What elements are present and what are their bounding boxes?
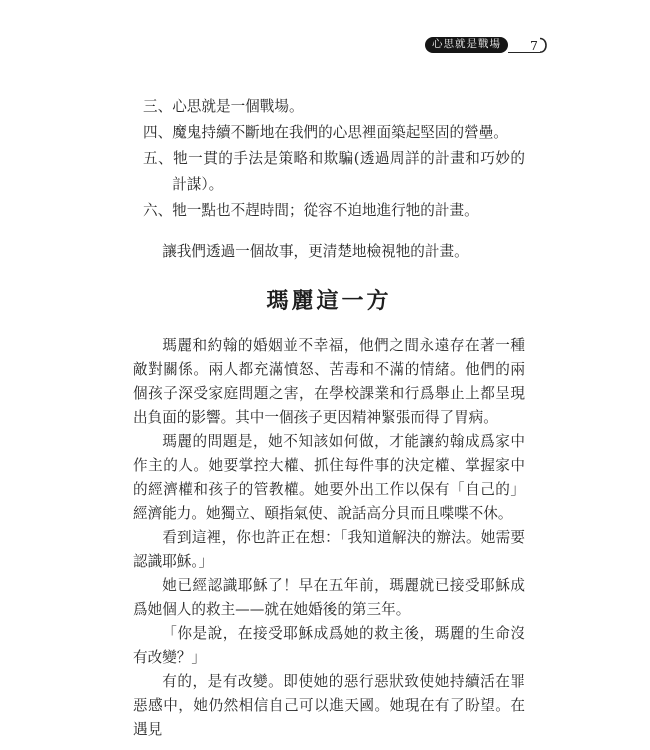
text-column: 三、心思就是一個戰場。 四、魔鬼持續不斷地在我們的心思裡面築起堅固的營壘。 五、… — [133, 94, 525, 742]
list-item-marker: 六、 — [143, 202, 172, 219]
list-item: 三、心思就是一個戰場。 — [143, 94, 525, 120]
running-header: 心思就是戰場 7 — [425, 36, 550, 53]
body-paragraph: 瑪麗的問題是，她不知該如何做，才能讓約翰成爲家中作主的人。她要掌控大權、抓住每件… — [133, 430, 525, 526]
body-paragraph: 有的，是有改變。即使她的惡行惡狀致使她持續活在罪惡感中，她仍然相信自己可以進天國… — [133, 670, 525, 742]
tab-curve-icon — [540, 37, 550, 53]
list-item-text: 心思就是一個戰場。 — [172, 98, 303, 115]
numbered-list: 三、心思就是一個戰場。 四、魔鬼持續不斷地在我們的心思裡面築起堅固的營壘。 五、… — [143, 94, 525, 224]
list-item: 六、牠一點也不趕時間；從容不迫地進行牠的計畫。 — [143, 198, 525, 224]
list-item-text: 魔鬼持續不斷地在我們的心思裡面築起堅固的營壘。 — [172, 124, 508, 141]
page-number-tab: 7 — [508, 36, 540, 53]
intro-paragraph: 讓我們透過一個故事，更清楚地檢視牠的計畫。 — [133, 240, 525, 264]
body-paragraph: 她已經認識耶穌了！早在五年前，瑪麗就已接受耶穌成爲她個人的救主——就在她婚後的第… — [133, 574, 525, 622]
list-item-marker: 四、 — [143, 124, 172, 141]
list-item-text: 牠一點也不趕時間；從容不迫地進行牠的計畫。 — [172, 202, 478, 219]
list-item: 四、魔鬼持續不斷地在我們的心思裡面築起堅固的營壘。 — [143, 120, 525, 146]
list-item-marker: 五、 — [143, 150, 173, 167]
body-text: 瑪麗和約翰的婚姻並不幸福，他們之間永遠存在著一種敵對關係。兩人都充滿憤怒、苦毒和… — [133, 334, 525, 742]
chapter-title-badge: 心思就是戰場 — [425, 37, 508, 53]
list-item: 五、牠一貫的手法是策略和欺騙(透過周詳的計畫和巧妙的計謀）。 — [143, 146, 525, 198]
body-paragraph: 瑪麗和約翰的婚姻並不幸福，他們之間永遠存在著一種敵對關係。兩人都充滿憤怒、苦毒和… — [133, 334, 525, 430]
body-paragraph: 「你是說，在接受耶穌成爲她的救主後，瑪麗的生命沒有改變？」 — [133, 622, 525, 670]
page-number: 7 — [530, 39, 540, 52]
list-item-text: 牠一貫的手法是策略和欺騙(透過周詳的計畫和巧妙的計謀）。 — [172, 150, 525, 193]
book-page: 心思就是戰場 7 三、心思就是一個戰場。 四、魔鬼持續不斷地在我們的心思裡面築起… — [0, 0, 650, 750]
section-heading: 瑪麗這一方 — [133, 286, 525, 316]
list-item-marker: 三、 — [143, 98, 172, 115]
body-paragraph: 看到這裡，你也許正在想：「我知道解決的辦法。她需要認識耶穌。」 — [133, 526, 525, 574]
